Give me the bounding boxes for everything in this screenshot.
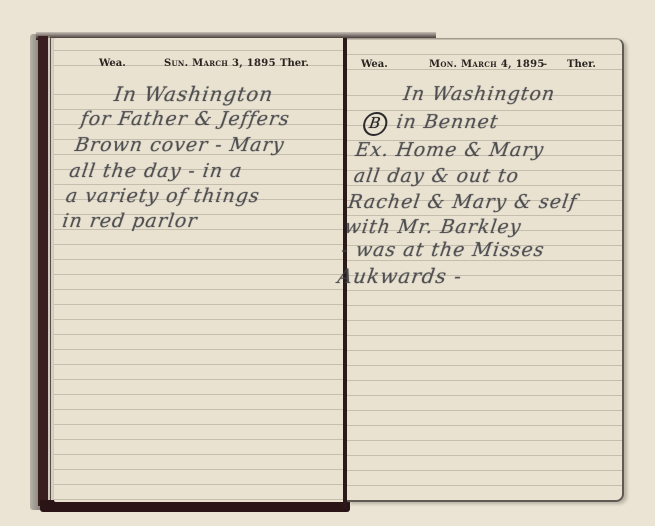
thermometer-label: Ther. bbox=[280, 58, 309, 69]
weather-label: Wea. bbox=[361, 59, 388, 70]
weather-label: Wea. bbox=[99, 58, 126, 69]
handwritten-line: In Washington bbox=[402, 83, 557, 105]
handwritten-line: all the day - in a bbox=[68, 160, 244, 182]
right-diary-page: Wea. Mon. March 4, 1895 - Ther. In Washi… bbox=[347, 38, 624, 502]
thermometer-label: Ther. bbox=[567, 59, 596, 70]
date-pencil-mark: - bbox=[543, 59, 547, 70]
handwritten-line: all day & out to bbox=[352, 165, 520, 187]
circled-letter-mark: B bbox=[362, 112, 389, 136]
handwritten-line: Rachel & Mary & self bbox=[347, 191, 579, 213]
left-diary-page: Wea. Sun. March 3, 1895 Ther. In Washing… bbox=[54, 38, 346, 502]
handwritten-line: in red parlor bbox=[61, 210, 199, 232]
page-date: Sun. March 3, 1895 bbox=[164, 58, 276, 69]
handwritten-line: - was at the Misses bbox=[340, 239, 546, 261]
handwritten-line: Brown cover - Mary bbox=[74, 134, 286, 156]
handwritten-line: Aukwards - bbox=[336, 264, 464, 288]
handwritten-line: In Washington bbox=[113, 82, 275, 106]
handwritten-line: a variety of things bbox=[64, 185, 261, 207]
handwritten-line: Ex. Home & Mary bbox=[354, 139, 546, 161]
handwritten-line: for Father & Jeffers bbox=[79, 108, 291, 130]
left-page-header: Wea. Sun. March 3, 1895 Ther. bbox=[54, 58, 346, 78]
handwritten-text: in Bennet bbox=[395, 111, 500, 133]
handwritten-line-with-mark: B in Bennet bbox=[362, 111, 500, 136]
page-date: Mon. March 4, 1895 bbox=[429, 59, 545, 70]
handwritten-line: with Mr. Barkley bbox=[343, 216, 523, 238]
right-page-header: Wea. Mon. March 4, 1895 - Ther. bbox=[347, 59, 622, 79]
